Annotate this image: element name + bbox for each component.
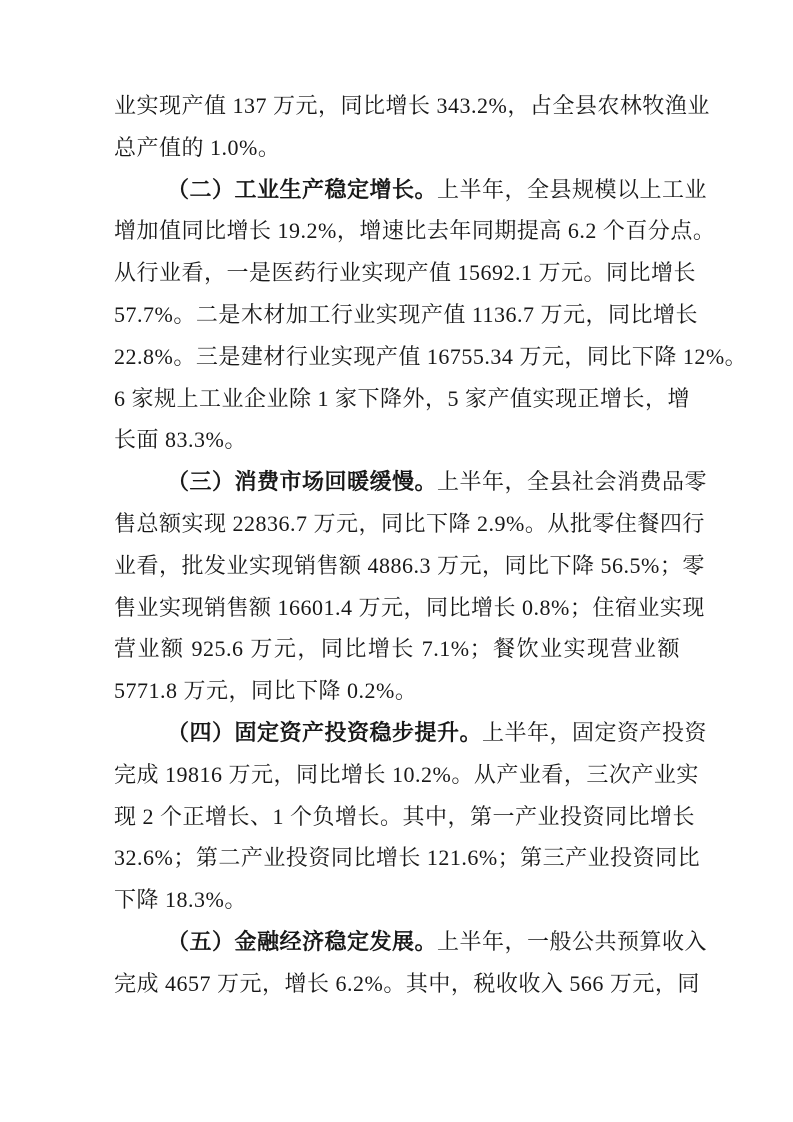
line-text: 上半年，全县规模以上工业 [437,177,707,202]
line-text: 总产值的 1.0%。 [114,135,280,160]
section-heading-line: （五）金融经济稳定发展。上半年，一般公共预算收入 [114,921,680,963]
line-text: 32.6%；第二产业投资同比增长 121.6%；第三产业投资同比 [114,845,700,870]
text-line: 售总额实现 22836.7 万元，同比下降 2.9%。从批零住餐四行 [114,503,680,545]
line-text: 营业额 925.6 万元，同比增长 7.1%；餐饮业实现营业额 [114,636,680,661]
line-text: 完成 4657 万元，增长 6.2%。其中，税收收入 566 万元，同 [114,971,700,996]
text-line: 完成 4657 万元，增长 6.2%。其中，税收收入 566 万元，同 [114,963,680,1005]
line-text: 业实现产值 137 万元，同比增长 343.2%，占全县农林牧渔业 [114,93,710,118]
text-line: 总产值的 1.0%。 [114,127,680,169]
section-heading: （五）金融经济稳定发展。 [167,929,437,954]
text-line: 完成 19816 万元，同比增长 10.2%。从产业看，三次产业实 [114,754,680,796]
text-line: 营业额 925.6 万元，同比增长 7.1%；餐饮业实现营业额 [114,628,680,670]
text-line: 业看，批发业实现销售额 4886.3 万元，同比下降 56.5%；零 [114,545,680,587]
line-text: 售总额实现 22836.7 万元，同比下降 2.9%。从批零住餐四行 [114,511,705,536]
section-heading: （三）消费市场回暖缓慢。 [167,469,437,494]
line-text: 上半年，固定资产投资 [482,720,707,745]
line-text: 长面 83.3%。 [114,427,247,452]
line-text: 增加值同比增长 19.2%，增速比去年同期提高 6.2 个百分点。 [114,218,715,243]
line-text: 上半年，一般公共预算收入 [437,929,707,954]
section-heading-line: （四）固定资产投资稳步提升。上半年，固定资产投资 [114,712,680,754]
text-line: 售业实现销售额 16601.4 万元，同比增长 0.8%；住宿业实现 [114,587,680,629]
line-text: 售业实现销售额 16601.4 万元，同比增长 0.8%；住宿业实现 [114,595,705,620]
text-line: 增加值同比增长 19.2%，增速比去年同期提高 6.2 个百分点。 [114,210,680,252]
line-text: 现 2 个正增长、1 个负增长。其中，第一产业投资同比增长 [114,804,695,829]
text-line: 现 2 个正增长、1 个负增长。其中，第一产业投资同比增长 [114,796,680,838]
text-line: 57.7%。二是木材加工行业实现产值 1136.7 万元，同比增长 [114,294,680,336]
section-heading-line: （三）消费市场回暖缓慢。上半年，全县社会消费品零 [114,461,680,503]
line-text: 业看，批发业实现销售额 4886.3 万元，同比下降 56.5%；零 [114,553,705,578]
section-heading-line: （二）工业生产稳定增长。上半年，全县规模以上工业 [114,169,680,211]
line-text: 下降 18.3%。 [114,887,247,912]
line-text: 上半年，全县社会消费品零 [437,469,707,494]
section-heading: （二）工业生产稳定增长。 [167,177,437,202]
line-text: 5771.8 万元，同比下降 0.2%。 [114,678,417,703]
line-text: 57.7%。二是木材加工行业实现产值 1136.7 万元，同比增长 [114,302,698,327]
text-line: 长面 83.3%。 [114,419,680,461]
section-heading: （四）固定资产投资稳步提升。 [167,720,482,745]
text-line: 业实现产值 137 万元，同比增长 343.2%，占全县农林牧渔业 [114,85,680,127]
line-text: 22.8%。三是建材行业实现产值 16755.34 万元，同比下降 12%。 [114,344,747,369]
text-line: 22.8%。三是建材行业实现产值 16755.34 万元，同比下降 12%。 [114,336,680,378]
text-line: 32.6%；第二产业投资同比增长 121.6%；第三产业投资同比 [114,837,680,879]
text-line: 6 家规上工业企业除 1 家下降外，5 家产值实现正增长，增 [114,378,680,420]
text-line: 从行业看，一是医药行业实现产值 15692.1 万元。同比增长 [114,252,680,294]
text-line: 5771.8 万元，同比下降 0.2%。 [114,670,680,712]
document-body: 业实现产值 137 万元，同比增长 343.2%，占全县农林牧渔业总产值的 1.… [114,85,680,1005]
text-line: 下降 18.3%。 [114,879,680,921]
line-text: 6 家规上工业企业除 1 家下降外，5 家产值实现正增长，增 [114,386,690,411]
line-text: 从行业看，一是医药行业实现产值 15692.1 万元。同比增长 [114,260,696,285]
line-text: 完成 19816 万元，同比增长 10.2%。从产业看，三次产业实 [114,762,699,787]
document-page: 业实现产值 137 万元，同比增长 343.2%，占全县农林牧渔业总产值的 1.… [0,0,793,1122]
